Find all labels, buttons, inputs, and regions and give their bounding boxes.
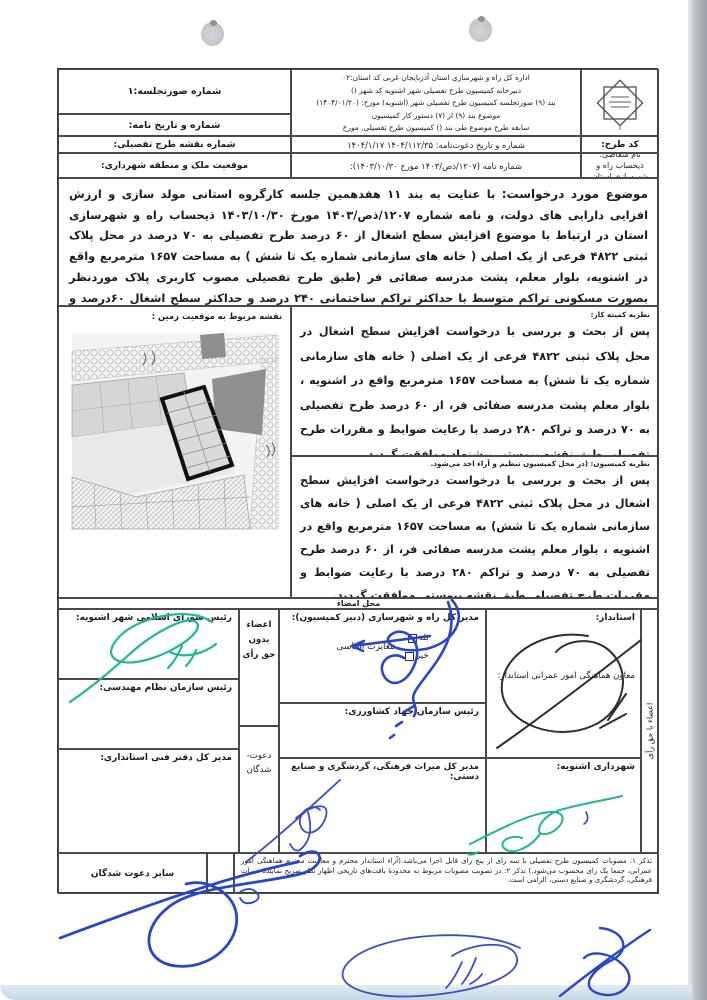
council-signature-cell[interactable]: رئیس شورای اسلامی شهر اشنویه:	[58, 609, 239, 679]
committee-opinion-cell: نظریه کمیته کار: پس از بحث و بررسی با در…	[291, 306, 659, 456]
engineering-label: رئیس سازمان نظام مهندسی:	[65, 683, 232, 693]
council-label: رئیس شورای اسلامی شهر اشنویه:	[65, 613, 232, 623]
heritage-label: مدیر کل میراث فرهنگی، گردشگری و صنایع دس…	[286, 762, 479, 782]
no-checkbox[interactable]	[405, 652, 414, 661]
agriculture-signature-cell[interactable]: رئیس سازمان جهاد کشاورزی:	[279, 703, 486, 758]
governor-label: استاندار:	[492, 613, 635, 623]
voting-members-label: اعضاء با حق رأی	[646, 703, 655, 759]
municipality-label: شهرداری اشنویه:	[492, 762, 635, 772]
applicant-cell: نام متقاضی: ذیحساب راه و شهرسازی استان	[581, 153, 659, 178]
technical-office-signature-cell[interactable]: مدیر کل دفتر فنی استانداری:	[58, 749, 239, 853]
commission-opinion-text: پس از بحث و بررسی با درخواست درخواست افز…	[300, 469, 650, 598]
secretary-label: مدیر کل راه و شهرسازی (دبیر کمیسیون):	[286, 613, 479, 623]
committee-opinion-label: نظریه کمیته کار:	[300, 310, 650, 319]
office-line: دبیرخانه کمیسیون طرح تفصیلی شهر اشنویه ک…	[292, 85, 580, 98]
invitees-strip: دعوت- شدگان	[239, 726, 279, 853]
signature-place-header: محل امضاء	[58, 598, 659, 609]
office-header-cell: اداره کل راه و شهرسازی استان آذربایجان غ…	[291, 69, 581, 136]
committee-opinion-text: پس از بحث و بررسی با درخواست افزایش سطح …	[300, 320, 650, 456]
secretary-signature-cell[interactable]: مدیر کل راه و شهرسازی (دبیر کمیسیون): بل…	[279, 609, 486, 703]
ministry-seal-icon	[590, 73, 650, 133]
minutes-form-table: شماره صورتجلسه:۱ شماره و تاریخ نامه: شما…	[57, 68, 658, 893]
other-invitees-cell[interactable]: سایر دعوت شدگان	[58, 853, 207, 894]
map-caption: نقشه مربوط به موقعیت زمین :	[59, 307, 290, 321]
yes-label: بله	[419, 633, 429, 643]
governor-signature-cell[interactable]: استاندار: معاون هماهنگی امور عمرانی استا…	[486, 609, 641, 758]
heritage-signature-cell[interactable]: مدیر کل میراث فرهنگی، گردشگری و صنایع دس…	[279, 758, 486, 853]
subject-lead: موضوع مورد درخواست:	[502, 187, 648, 201]
scan-edge-bottom	[0, 985, 692, 1000]
technical-office-label: مدیر کل دفتر فنی استانداری:	[65, 753, 232, 763]
office-line: موضوع بند (۹) از (۷) دستور کار کمیسیون	[292, 110, 580, 123]
agriculture-label: رئیس سازمان جهاد کشاورزی:	[286, 707, 479, 717]
plan-map-number-label: شماره نقشه طرح تفصیلی:	[58, 136, 291, 153]
location-map-cell: نقشه مربوط به موقعیت زمین :	[58, 306, 291, 598]
engineering-signature-cell[interactable]: رئیس سازمان نظام مهندسی:	[58, 679, 239, 749]
subject-body: با عنایت به بند ۱۱ هفدهمین جلسه کارگروه …	[69, 187, 648, 306]
scanned-minutes-page: شماره صورتجلسه:۱ شماره و تاریخ نامه: شما…	[0, 0, 707, 1000]
commission-opinion-label: نظریه کمیسیون: (در محل کمیسیون تنظیم و آ…	[300, 459, 650, 468]
office-line: سابقه طرح موضوع طی بند () کمیسیون طرح تف…	[292, 122, 580, 135]
empty-cell	[207, 853, 234, 894]
punch-hole-icon	[469, 18, 492, 42]
seal-cell	[581, 69, 659, 136]
deputy-label: معاون هماهنگی امور عمرانی استاندار:	[492, 671, 635, 681]
no-vote-members-strip: اعضاء بدون حق رأی	[239, 609, 279, 726]
voting-members-strip: اعضاء با حق رأی	[641, 609, 659, 853]
punch-hole-icon	[201, 22, 224, 46]
discrepancy-label: مغایرت اساسی	[336, 642, 395, 652]
parcel-location-map	[66, 325, 284, 535]
letter-number-label: شماره و تاریخ نامه:	[58, 114, 291, 136]
property-location-label: موقعیت ملک و منطقه شهرداری:	[58, 153, 291, 178]
plan-code-label: کد طرح:	[581, 136, 659, 153]
minutes-number-cell: شماره صورتجلسه:۱	[58, 69, 291, 114]
scan-edge-right	[688, 0, 707, 1000]
request-subject-cell: موضوع مورد درخواست: با عنایت به بند ۱۱ ه…	[58, 178, 659, 306]
yes-checkbox[interactable]	[408, 634, 417, 643]
office-line: بند (۹) صورتجلسه کمیسیون طرح تفصیلی شهر …	[292, 97, 580, 110]
no-label: خیر	[416, 651, 429, 661]
office-line: اداره کل راه و شهرسازی استان آذربایجان غ…	[292, 72, 580, 85]
municipality-signature-cell[interactable]: شهرداری اشنویه:	[486, 758, 641, 853]
invitation-number-cell: شماره و تاریخ دعوت‌نامه: ۱۴۰۴/۱۱۲/۳۵ ۱۴۰…	[291, 136, 581, 153]
remarks-cell: تذکر ۱: مصوبات کمیسیون طرح تفصیلی با سه …	[234, 853, 659, 894]
letter-reference-cell: شماره نامه (۱۲۰۷/ذص/۱۴۰۳ مورخ ۱۴۰۳/۱۰/۳۰…	[291, 153, 581, 178]
commission-opinion-cell: نظریه کمیسیون: (در محل کمیسیون تنظیم و آ…	[291, 456, 659, 598]
